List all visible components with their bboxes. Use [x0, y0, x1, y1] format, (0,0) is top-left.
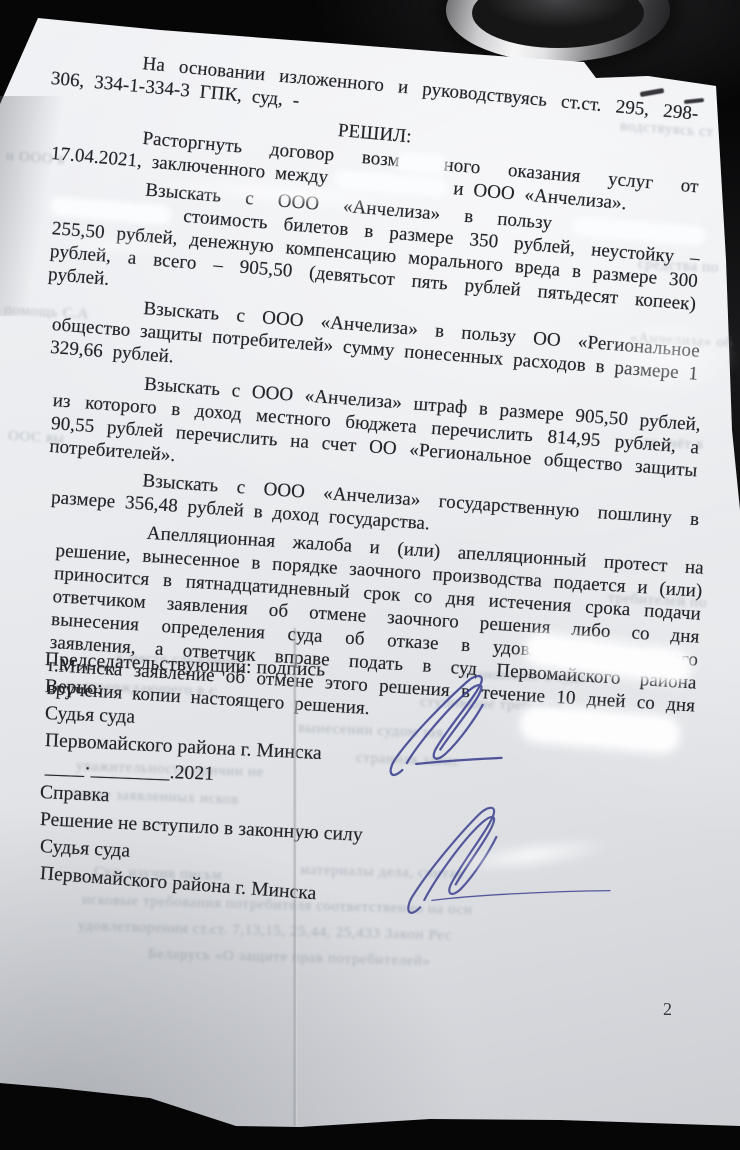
document-line: Судья суда [44, 702, 135, 730]
document-line: Верно: [45, 675, 104, 701]
redaction-mark [53, 200, 168, 221]
page-number: 2 [663, 999, 672, 1020]
glare-highlight [598, 318, 738, 396]
chrome-knob-center [472, 0, 644, 48]
photo-of-court-document: водствуясь сти ООО всредства попомощь С.… [0, 0, 740, 1150]
document-line: Справка [39, 781, 110, 808]
signature-ink-icon [385, 664, 515, 796]
document-line: Судья суда [39, 835, 130, 864]
paper-crease-fold [293, 628, 297, 1126]
redaction-mark [399, 155, 444, 171]
paper-edge-shadow [0, 96, 70, 316]
redaction-mark [575, 220, 702, 242]
